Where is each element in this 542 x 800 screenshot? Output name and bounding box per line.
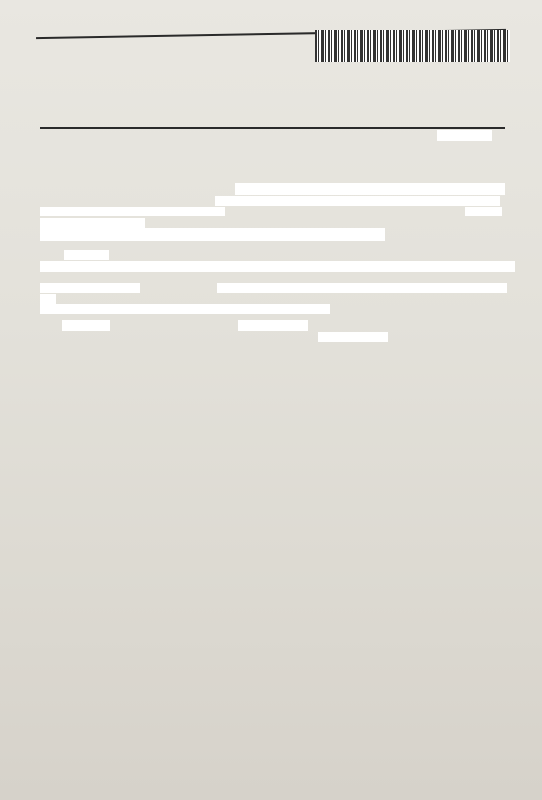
redaction [437, 130, 492, 141]
redaction [40, 283, 140, 293]
redaction [40, 228, 385, 241]
barcode [315, 30, 510, 62]
redaction [465, 207, 502, 216]
redaction [238, 320, 308, 331]
redaction [62, 320, 110, 331]
redaction [215, 196, 500, 206]
header-bottom-rule [40, 127, 505, 129]
redaction [40, 261, 515, 272]
redaction [40, 304, 330, 314]
redaction [235, 183, 505, 195]
redaction [40, 294, 56, 304]
redaction [217, 283, 507, 293]
redaction [318, 332, 388, 342]
redaction [40, 207, 225, 216]
redaction [64, 250, 109, 260]
redaction [40, 218, 145, 228]
